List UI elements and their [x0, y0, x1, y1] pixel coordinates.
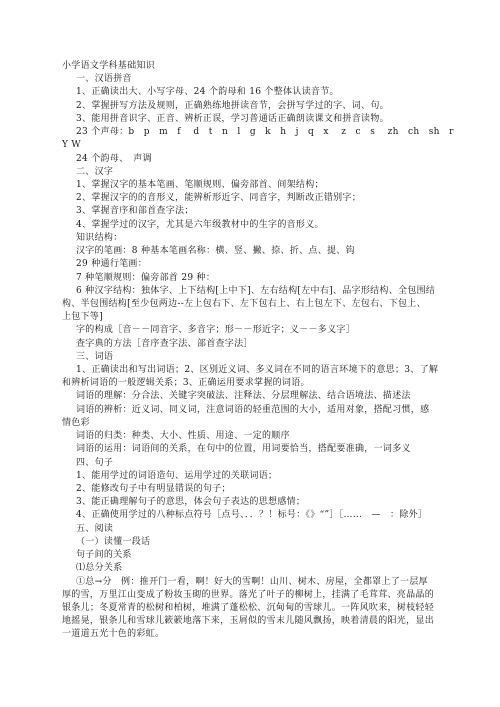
text-line: 1、正确读出和写出词语；2、区别近义词、多义词在不同的语言环境下的意思；3、了解: [62, 364, 440, 377]
text-line: 二、汉字: [62, 166, 440, 179]
text-line: 地摇晃，银条儿和雪球儿簌簌地落下来，玉屑似的雪末儿随风飘扬，映着清晨的阳光，显出: [62, 615, 440, 628]
text-line: 三、词语: [62, 351, 440, 364]
text-line: Y W: [62, 139, 440, 152]
text-line: 词语的理解：分合法、关键字突破法、注释法、分层理解法、结合语境法、描述法: [62, 390, 440, 403]
text-line: 查字典的方法［音序查字法、部首查字法］: [62, 338, 440, 351]
text-line: 词语的运用：词语间的关系，在句中的位置，用词要恰当，搭配要准确，一词多义: [62, 443, 440, 456]
text-line: 词语的归类：种类、大小、性质、用途、一定的顺序: [62, 430, 440, 443]
text-line: 五、阅读: [62, 523, 440, 536]
text-line: 一、汉语拼音: [62, 73, 440, 86]
text-line: 知识结构：: [62, 232, 440, 245]
text-line: 四、句子: [62, 457, 440, 470]
text-line: 1、能用学过的词语造句、运用学过的关联词语；: [62, 470, 440, 483]
text-line: 词语的辨析：近义词、同义词，注意词语的轻重范围的大小，适用对象，搭配习惯，感: [62, 404, 440, 417]
text-line: ⑴总分关系: [62, 562, 440, 575]
text-line: 3、能正确理解句子的意思，体会句子表达的思想感情；: [62, 496, 440, 509]
text-line: 情色彩: [62, 417, 440, 430]
text-line: 4、掌握学过的汉字，尤其是六年级教材中的生字的音形义。: [62, 219, 440, 232]
text-line: 29 种通行笔画：: [62, 258, 440, 271]
document-title: 小学语文学科基础知识: [62, 60, 440, 73]
text-line: 6 种汉字结构：独体字、上下结构[上中下]、左右结构[左中右]、品字形结构、全包…: [62, 285, 440, 298]
text-line: 3、掌握音序和部首查字法；: [62, 205, 440, 218]
text-line: 4、正确使用学过的八种标点符号［点号、．．？！标号：《》“”］［…… — ：除外…: [62, 509, 440, 522]
text-line: 汉字的笔画：8 种基本笔画名称：横、竖、撇、捺、折、点、提、钩: [62, 245, 440, 258]
text-line: 2、能修改句子中有明显错误的句子；: [62, 483, 440, 496]
text-line: 厚的雪，万里江山变成了粉妆玉砌的世界。落光了叶子的柳树上，挂满了毛茸茸、亮晶晶的: [62, 589, 440, 602]
text-line: 和辨析词语的一般逻辑关系；3、正确运用要求掌握的词语。: [62, 377, 440, 390]
text-line: 上包下等]: [62, 311, 440, 324]
text-line: 7 种笔顺规则：偏旁部首 29 种：: [62, 272, 440, 285]
text-line: 23 个声母：b p m f d t n l g k h j q x z c s…: [62, 126, 440, 139]
text-line: 2、掌握汉字的的音形义，能辨析形近字、同音字，判断改正错别字；: [62, 192, 440, 205]
text-line: 1、正确读出大、小写字母、24 个韵母和 16 个整体认读音节。: [62, 86, 440, 99]
text-line: 24 个韵母、 声调: [62, 153, 440, 166]
text-line: ①总→分 例：推开门一看，啊！好大的雪啊！山川、树木、房屋，全都罩上了一层厚: [62, 576, 440, 589]
text-line: 字的构成［音－－同音字、多音字；形－－形近字；义－－多义字］: [62, 324, 440, 337]
document-page: 小学语文学科基础知识一、汉语拼音1、正确读出大、小写字母、24 个韵母和 16 …: [62, 60, 440, 642]
text-line: 构、半包围结构[至少包两边--左上包右下、左下包右上、右上包左下、左包右、下包上…: [62, 298, 440, 311]
text-line: 句子间的关系: [62, 549, 440, 562]
text-line: （一）读懂一段话: [62, 536, 440, 549]
text-line: 银条儿；冬夏常青的松树和柏树，堆满了蓬松松、沉甸甸的雪球儿。一阵风吹来，树枝轻轻: [62, 602, 440, 615]
text-line: 2、掌握拼写方法及规则，正确熟练地拼读音节，会拼写学过的字、词、句。: [62, 100, 440, 113]
text-line: 3、能用拼音识字、正音、辨析正误，学习普通话正确朗读课文和拼音读物。: [62, 113, 440, 126]
text-line: 1、掌握汉字的基本笔画、笔顺规则、偏旁部首、间架结构；: [62, 179, 440, 192]
text-line: 一道道五光十色的彩虹。: [62, 628, 440, 641]
